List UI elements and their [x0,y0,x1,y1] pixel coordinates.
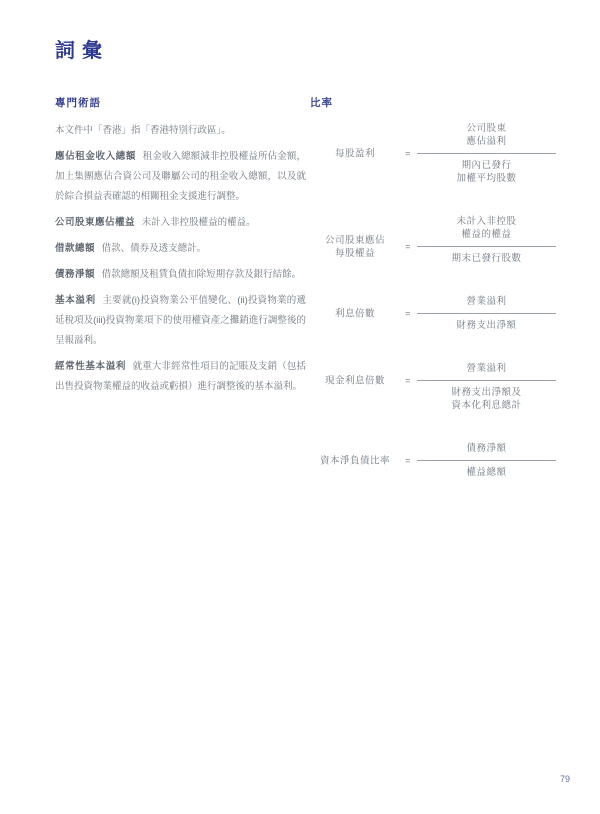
terminology-column: 專門術語 本文件中「香港」指「香港特別行政區」。 應佔租金收入總額租金收入總額減… [55,95,306,403]
glossary-entry: 經常性基本溢利就重大非經常性項目的記賬及支銷（包括出售投資物業權益的收益或虧損）… [55,357,306,397]
ratios-heading: 比率 [310,95,556,110]
term-definition: 借款總額及租賃負債扣除短期存款及銀行結餘。 [102,269,302,280]
ratio-row-equity-per-share: 公司股東應佔 每股權益 = 未計入非控股 權益的權益 期末已發行股數 [310,215,556,265]
document-page: 詞彙 專門術語 本文件中「香港」指「香港特別行政區」。 應佔租金收入總額租金收入… [0,0,600,814]
fraction-denominator: 權益總額 [417,461,556,479]
fraction-denominator: 期末已發行股數 [417,247,556,265]
fraction: 營業溢利 財務支出淨額及 資本化利息總計 [417,362,556,412]
ratio-row-earnings-per-share: 每股盈利 = 公司股東 應佔溢利 期內已發行 加權平均股數 [310,122,556,185]
glossary-term: 基本溢利 [55,295,96,306]
glossary-term: 經常性基本溢利 [55,361,126,372]
fraction-numerator: 公司股東 應佔溢利 [417,122,556,153]
fraction-numerator: 營業溢利 [417,295,556,313]
glossary-entry: 公司股東應佔權益未計入非控股權益的權益。 [55,213,306,233]
fraction-denominator: 財務支出淨額及 資本化利息總計 [417,381,556,412]
glossary-entry: 債務淨額借款總額及租賃負債扣除短期存款及銀行結餘。 [55,265,306,285]
fraction-denominator: 財務支出淨額 [417,314,556,332]
terminology-heading: 專門術語 [55,95,306,110]
glossary-entry: 基本溢利主要就(i)投資物業公平值變化、(ii)投資物業的遞延稅項及(iii)投… [55,291,306,351]
page-title: 詞彙 [55,34,109,63]
ratios-column: 比率 每股盈利 = 公司股東 應佔溢利 期內已發行 加權平均股數 公司股東應佔 … [310,95,556,509]
term-definition: 借款、債券及透支總計。 [102,243,207,254]
intro-note: 本文件中「香港」指「香港特別行政區」。 [55,121,306,141]
equals-sign: = [400,307,416,320]
equals-sign: = [400,454,416,467]
ratio-label: 資本淨負債比率 [310,454,400,467]
term-definition: 未計入非控股權益的權益。 [142,217,256,228]
glossary-term: 公司股東應佔權益 [55,217,135,228]
ratio-row-net-gearing: 資本淨負債比率 = 債務淨額 權益總額 [310,442,556,479]
fraction: 未計入非控股 權益的權益 期末已發行股數 [417,215,556,265]
equals-sign: = [400,240,416,253]
ratio-label: 現金利息倍數 [310,374,400,387]
ratio-label: 每股盈利 [310,147,400,160]
glossary-term: 應佔租金收入總額 [55,151,136,162]
glossary-entry: 借款總額借款、債券及透支總計。 [55,239,306,259]
ratio-row-interest-cover: 利息倍數 = 營業溢利 財務支出淨額 [310,295,556,332]
fraction: 公司股東 應佔溢利 期內已發行 加權平均股數 [417,122,556,185]
ratio-list: 每股盈利 = 公司股東 應佔溢利 期內已發行 加權平均股數 公司股東應佔 每股權… [310,122,556,479]
glossary-entry: 應佔租金收入總額租金收入總額減非控股權益所佔金額，加上集團應佔合資公司及聯屬公司… [55,147,306,207]
fraction: 債務淨額 權益總額 [417,442,556,479]
glossary-term: 債務淨額 [55,269,95,280]
fraction: 營業溢利 財務支出淨額 [417,295,556,332]
fraction-numerator: 營業溢利 [417,362,556,380]
equals-sign: = [400,374,416,387]
glossary-term: 借款總額 [55,243,95,254]
ratio-label: 公司股東應佔 每股權益 [310,234,400,260]
fraction-numerator: 未計入非控股 權益的權益 [417,215,556,246]
fraction-numerator: 債務淨額 [417,442,556,460]
fraction-denominator: 期內已發行 加權平均股數 [417,154,556,185]
equals-sign: = [400,147,416,160]
ratio-row-cash-interest-cover: 現金利息倍數 = 營業溢利 財務支出淨額及 資本化利息總計 [310,362,556,412]
ratio-label: 利息倍數 [310,307,400,320]
page-number: 79 [560,774,570,784]
